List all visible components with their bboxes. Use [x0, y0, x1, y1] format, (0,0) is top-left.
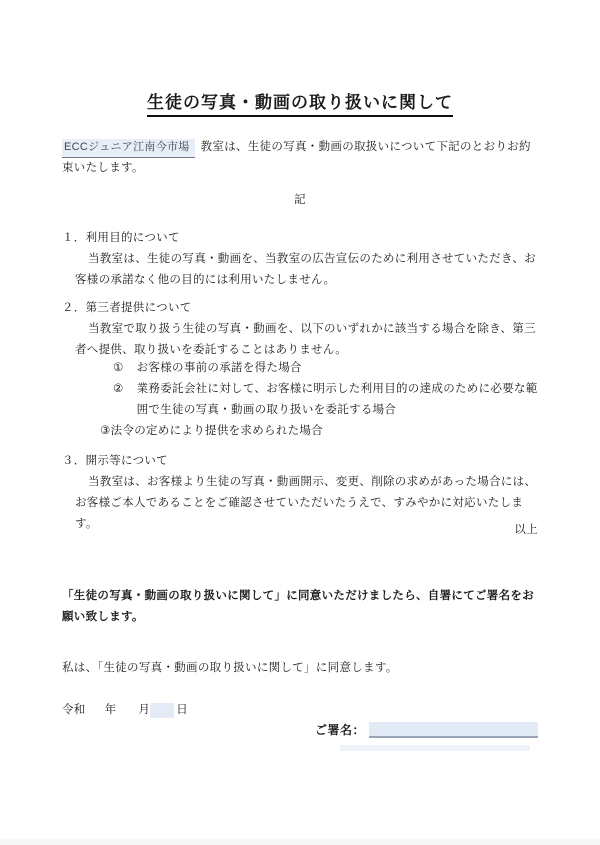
- day-label: 日: [176, 700, 188, 721]
- signature-label: ご署名：: [315, 722, 365, 738]
- list-item-3: ③法令の定めにより提供を求められた場合: [62, 421, 538, 442]
- intro-paragraph: ECCジュニア江南今市場教室は、生徒の写真・動画の取扱いについて下記のとおりお約…: [62, 137, 538, 179]
- signature-row: ご署名：: [62, 722, 538, 738]
- list-item-3-marker: ③: [100, 425, 111, 437]
- year-input-field[interactable]: [86, 703, 105, 718]
- list-item-1-text: お客様の事前の承諾を得た場合: [137, 358, 302, 379]
- date-line: 令和 年 月 日: [62, 700, 538, 721]
- document-content: 生徒の写真・動画の取り扱いに関して ECCジュニア江南今市場教室は、生徒の写真・…: [62, 0, 538, 845]
- classroom-name-field[interactable]: ECCジュニア江南今市場: [62, 139, 195, 158]
- year-label: 年: [105, 700, 117, 721]
- document-page: 生徒の写真・動画の取り扱いに関して ECCジュニア江南今市場教室は、生徒の写真・…: [0, 0, 600, 845]
- list-item-3-text: 法令の定めにより提供を求められた場合: [111, 425, 323, 437]
- signature-request-paragraph: 「生徒の写真・動画の取り扱いに関して」に同意いただけましたら、自署にてご署名をお…: [62, 586, 538, 628]
- list-item-2-text: 業務委託会社に対して、お客様に明示した利用目的の達成のために必要な範囲で生徒の写…: [137, 379, 538, 421]
- era-label: 令和: [62, 700, 86, 721]
- section-1-body: 当教室は、生徒の写真・動画を、当教室の広告宣伝のために利用させていただき、お客様…: [62, 249, 538, 291]
- closing-mark: 以上: [62, 520, 538, 541]
- month-label: 月: [138, 700, 150, 721]
- list-item-1-marker: ①: [113, 358, 124, 379]
- signature-input-field[interactable]: [369, 722, 538, 738]
- list-item-2: ② 業務委託会社に対して、お客様に明示した利用目的の達成のために必要な範囲で生徒…: [62, 379, 538, 421]
- day-input-field[interactable]: [150, 703, 174, 718]
- signature-field-shadow: [340, 745, 530, 751]
- month-input-field[interactable]: [116, 703, 138, 718]
- list-item-1: ① お客様の事前の承諾を得た場合: [62, 358, 538, 379]
- section-2-heading: ２．第三者提供について: [62, 298, 538, 319]
- page-bottom-edge: [0, 839, 600, 845]
- agreement-statement: 私は、「生徒の写真・動画の取り扱いに関して」に同意します。: [62, 658, 538, 679]
- section-3-heading: ３．開示等について: [62, 451, 538, 472]
- record-mark: 記: [62, 190, 538, 211]
- section-2-body: 当教室で取り扱う生徒の写真・動画を、以下のいずれかに該当する場合を除き、第三者へ…: [62, 319, 538, 361]
- section-1-heading: １．利用目的について: [62, 228, 538, 249]
- document-title-row: 生徒の写真・動画の取り扱いに関して: [62, 88, 538, 117]
- list-item-2-marker: ②: [113, 379, 124, 421]
- document-title: 生徒の写真・動画の取り扱いに関して: [147, 88, 453, 117]
